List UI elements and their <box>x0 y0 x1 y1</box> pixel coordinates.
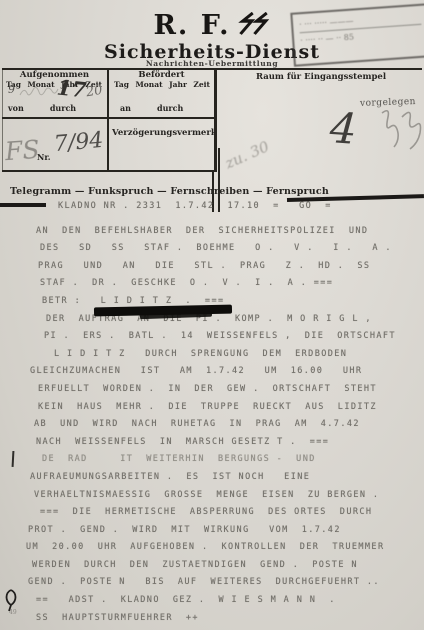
durch-label: durch <box>157 103 183 113</box>
telegram-line: === DIE HERMETISCHE ABSPERRUNG DES ORTES… <box>0 507 424 525</box>
telegram-body: KLADNO NR . 2331 1.7.42 17.10 = GO = AN … <box>0 201 424 630</box>
col-jahr: Jahr <box>169 80 187 89</box>
telegram-line: L I D I T Z DURCH SPRENGUNG DEM ERDBODEN <box>0 349 424 367</box>
telegram-line: KLADNO NR . 2331 1.7.42 17.10 = GO = <box>0 201 424 219</box>
forwarded-column-headers: Tag Monat Jahr Zeit <box>114 80 210 89</box>
durch-label: durch <box>50 103 76 113</box>
telegram-line: STAF . DR . GESCHKE O . V . I . A . === <box>0 278 424 296</box>
col-monat: Monat <box>135 80 162 89</box>
col-zeit: Zeit <box>193 80 210 89</box>
telegram-line: ERFUELLT WORDEN . IN DER GEW . ORTSCHAFT… <box>0 384 424 402</box>
telegram-line: PRAG UND AN DIE STL . PRAG Z . HD . SS <box>0 261 424 279</box>
telegram-document: { "colors": { "paper": "#d9d6d0", "print… <box>0 0 424 630</box>
telegram-line: SS HAUPTSTURMFUEHRER ++ <box>0 613 424 630</box>
time-hours-handwriting: 17 <box>56 75 88 103</box>
von-label: von <box>8 103 24 113</box>
time-minutes-handwriting: 20 <box>85 83 104 101</box>
telegram-line: VERHAELTNISMAESSIG GROSSE MENGE EISEN ZU… <box>0 490 424 508</box>
org-abbreviation: R. F. <box>153 10 230 41</box>
delay-note-label: Verzögerungsvermerk <box>112 128 214 138</box>
telegram-line: AN DEN BEFEHLSHABER DER SICHERHEITSPOLIZ… <box>0 226 424 244</box>
telegram-line: DER AUFTRAG AN DIE PI . KOMP . M O R I G… <box>0 314 424 332</box>
an-label: an <box>120 103 131 113</box>
initials-scribble-mark <box>372 105 424 167</box>
entry-stamp-area-label: Raum für Eingangsstempel <box>222 72 420 82</box>
received-day-handwriting: 9 <box>8 83 15 96</box>
nr-prefix-handwriting: FS <box>4 135 40 166</box>
col-tag: Tag <box>114 80 129 89</box>
ss-runes-icon <box>237 12 271 43</box>
telegram-line: KEIN HAUS MEHR . DIE TRUPPE RUECKT AUS L… <box>0 402 424 420</box>
telegram-line: PI . ERS . BATL . 14 WEISSENFELS , DIE O… <box>0 331 424 349</box>
received-box-title: Aufgenommen <box>2 70 107 80</box>
telegram-line: WERDEN DURCH DEN ZUSTAETNDIGEN GEND . PO… <box>0 560 424 578</box>
forwarded-box-title: Befördert <box>110 70 213 80</box>
forwarded-row-labels: an durch <box>120 103 183 113</box>
telegram-line: NACH WEISSENFELS IN MARSCH GESETZ T . ==… <box>0 437 424 455</box>
telegram-line: DE RAD IT WEITERHIN BERGUNGS - UND <box>0 454 424 472</box>
pencil-note: zu. 30 <box>222 137 272 172</box>
telegram-line: GLEICHZUMACHEN IST AM 1.7.42 UM 16.00 UH… <box>0 366 424 384</box>
pencil-numeral-4: 4 <box>328 103 358 154</box>
form-border-left <box>2 68 3 172</box>
telegram-line: DES SD SS STAF . BOEHME O . V . I . A . <box>0 243 424 261</box>
telegram-line: PROT . GEND . WIRD MIT WIRKUNG VOM 1.7.4… <box>0 525 424 543</box>
received-row-labels: von durch <box>8 103 76 113</box>
margin-tiny-number: 49 <box>9 609 17 616</box>
rubber-stamp: · ··· ····· ——— · ···· ·· — ·· 85 <box>290 3 424 66</box>
telegram-line: UM 20.00 UHR AUFGEHOBEN . KONTROLLEN DER… <box>0 542 424 560</box>
date-scribble-mark <box>18 84 60 103</box>
telegram-line: AUFRAEUMUNGSARBEITEN . ES IST NOCH EINE <box>0 472 424 490</box>
telegram-line: == ADST . KLADNO GEZ . W I E S M A N N . <box>0 595 424 613</box>
form-border-bottom <box>2 170 217 172</box>
form-divider-horizontal <box>2 117 216 119</box>
form-border-heavy-vertical <box>214 68 217 172</box>
telegram-line: GEND . POSTE N BIS AUF WEITERES DURCHGEF… <box>0 577 424 595</box>
telegram-line: AB UND WIRD NACH RUHETAG IN PRAG AM 4.7.… <box>0 419 424 437</box>
channel-type-line: Telegramm — Funkspruch — Fernschreiben —… <box>10 186 329 197</box>
form-divider-vertical <box>107 68 109 172</box>
nr-value-handwriting: 7/94 <box>53 128 104 157</box>
